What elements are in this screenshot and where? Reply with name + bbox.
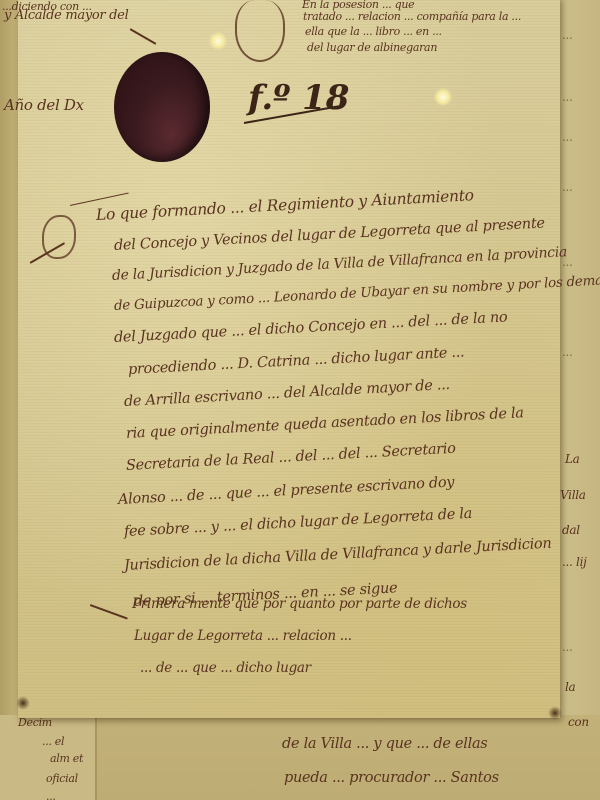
margin-fragment: la [565,680,575,694]
signature-rubric-top [235,0,285,62]
page-corner-stain [548,706,562,720]
bottom-sheet-line: de la Villa ... y que ... de ellas [282,736,487,752]
margin-fragment: Villa [560,488,586,502]
margin-heading: Año del Dx [4,96,84,114]
margin-fragment: ... [562,28,573,42]
margin-fragment: ... [562,130,573,144]
light-glare [209,32,227,50]
closing-line: Primera mente que por quanto por parte d… [132,596,467,612]
bottom-left-margin-line: alm et [50,752,83,765]
top-right-fragment-line: del lugar de albinegaran [307,41,437,54]
margin-fragment: ... lij [562,555,587,569]
top-right-fragment-line: ella que la ... libro ... en ... [305,25,442,38]
light-glare [434,88,452,106]
top-left-fragment-line: y Alcalde mayor del [4,8,128,23]
margin-fragment: con [568,715,589,729]
margin-fragment: ... [562,640,573,654]
top-right-fragment-line: tratado ... relacion ... compañía para l… [303,10,521,23]
bottom-sheet-line: pueda ... procurador ... Santos [284,770,499,786]
closing-line: ... de ... que ... dicho lugar [140,660,311,676]
margin-fragment: dal [562,523,580,537]
bottom-left-margin-line: oficial [46,772,78,785]
page-corner-stain [16,696,30,710]
bottom-left-margin-line: ... el [42,735,64,748]
wax-seal [114,52,210,162]
bottom-left-margin-line: ... [46,790,56,800]
margin-fragment: ... [562,90,573,104]
margin-fragment: La [565,452,580,466]
margin-fragment: ... [562,345,573,359]
margin-fragment: ... [562,180,573,194]
sheet-edge-bottom-divider [95,715,97,800]
closing-line: Lugar de Legorreta ... relacion ... [134,628,352,644]
